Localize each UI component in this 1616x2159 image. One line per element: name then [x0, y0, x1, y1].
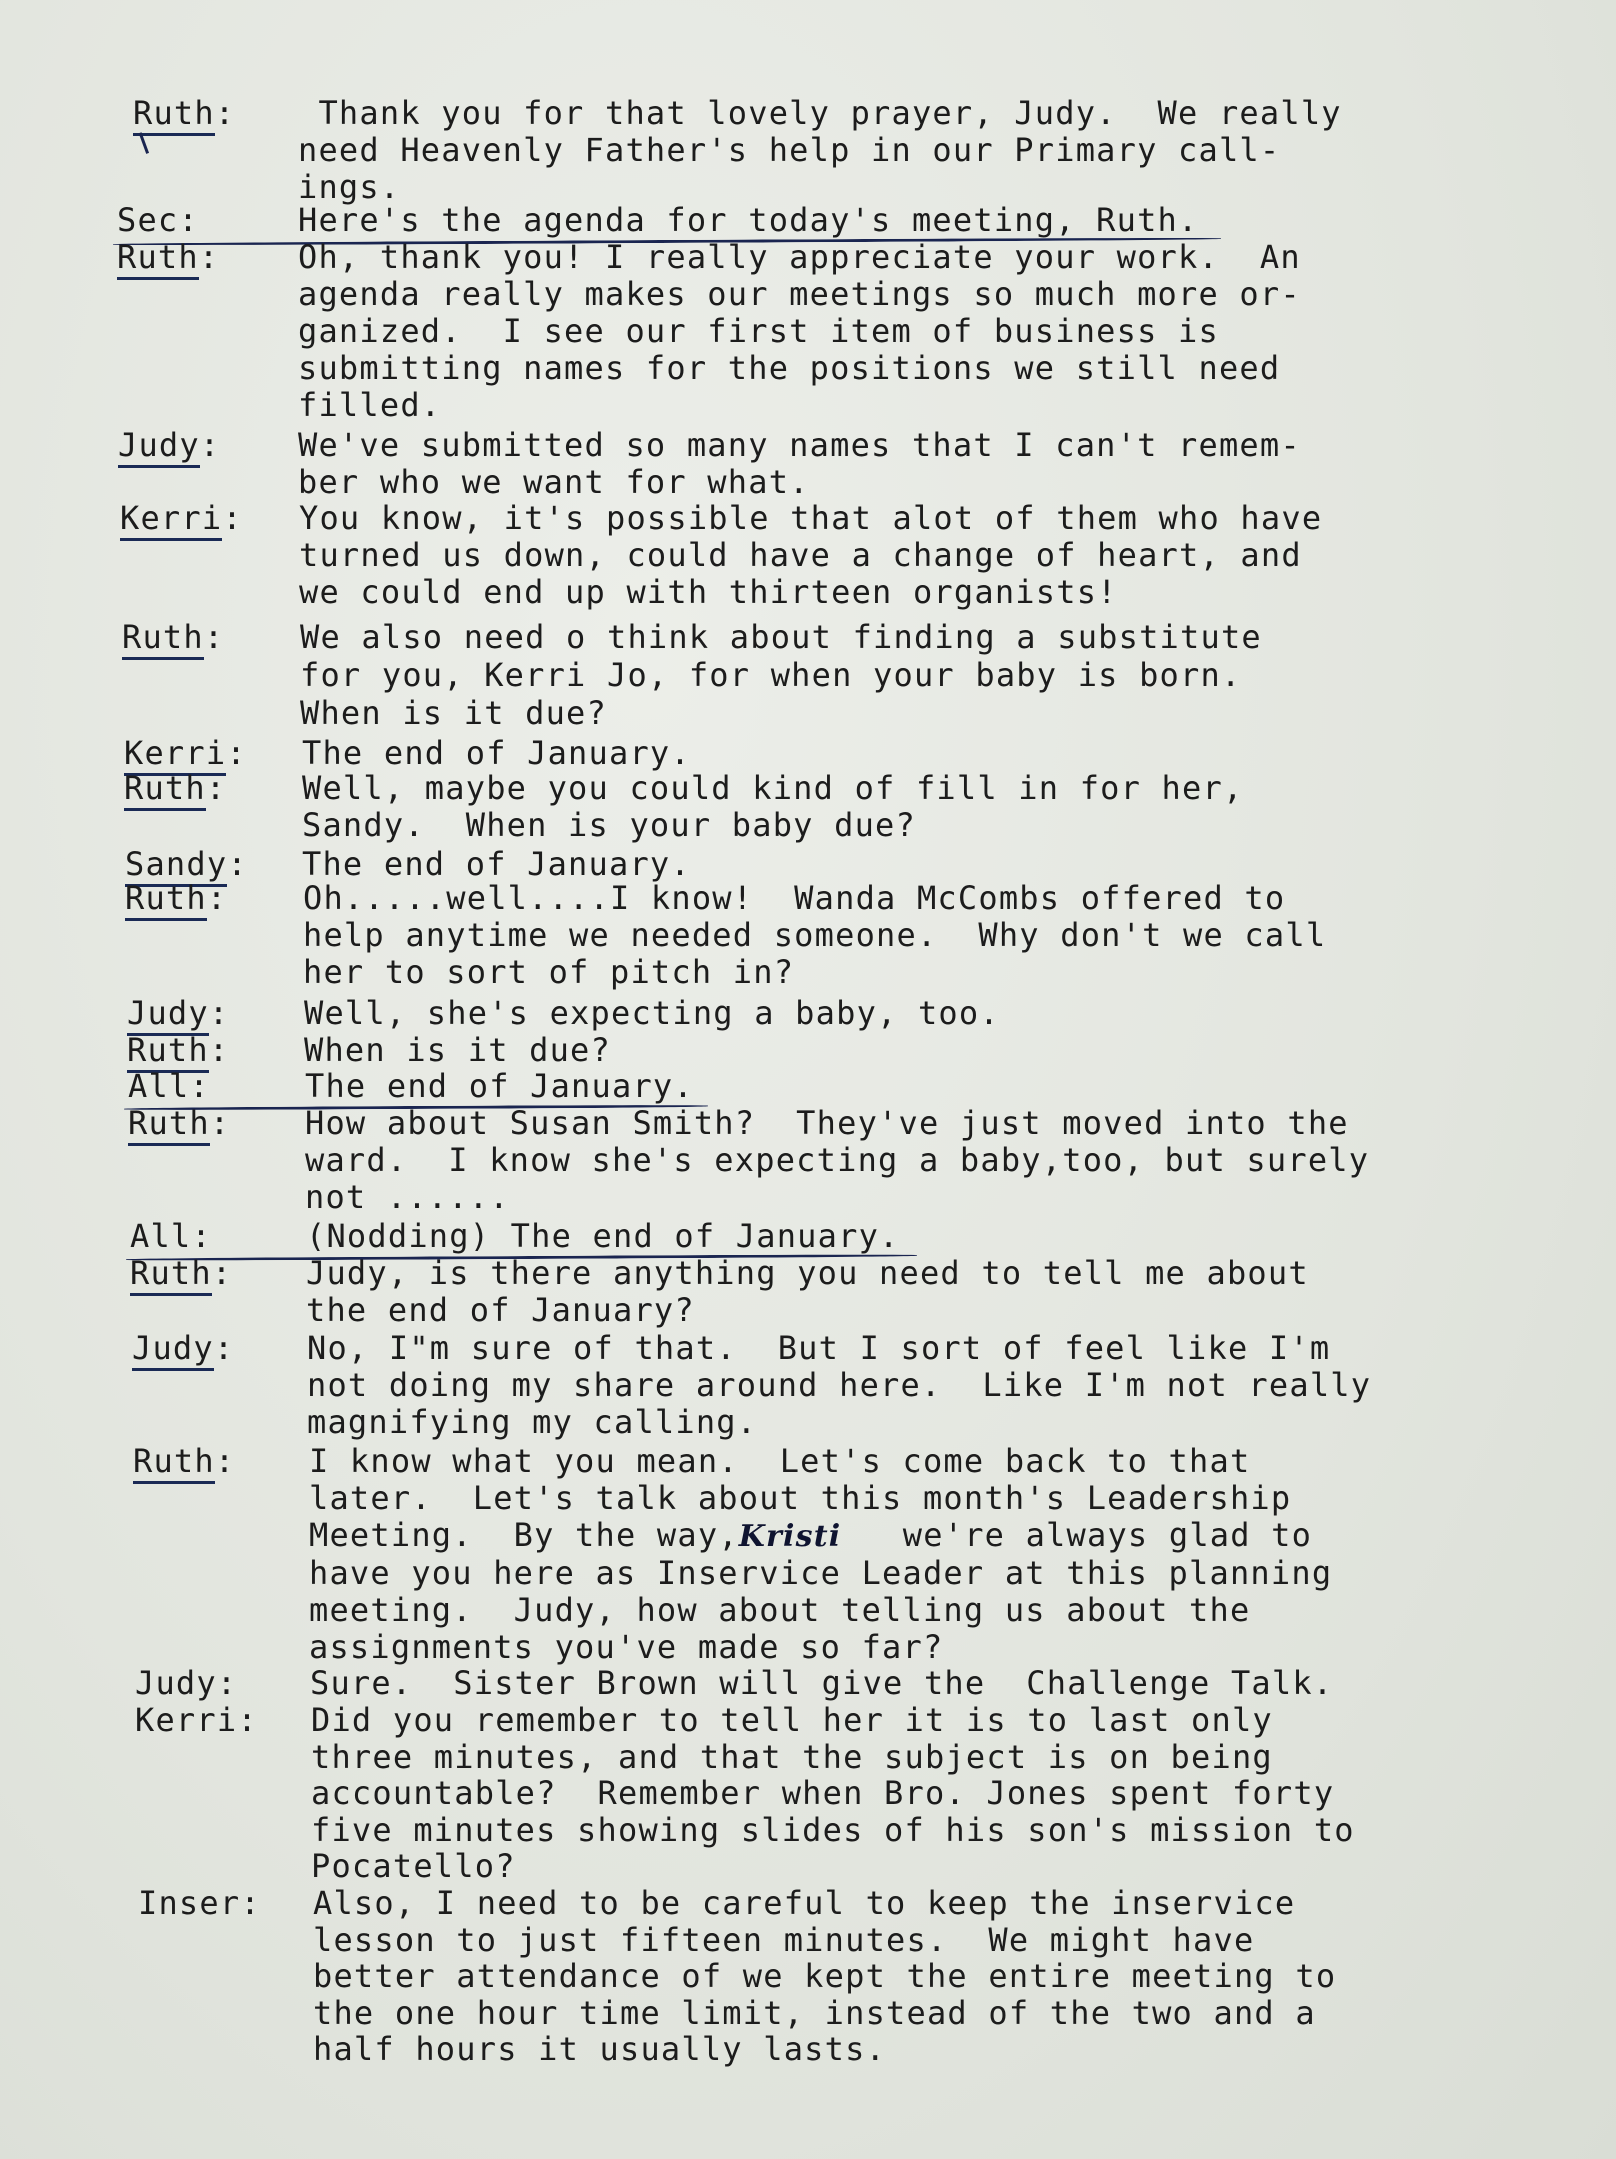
speech-text: We've submitted so many names that I can…: [298, 427, 1301, 501]
speaker-colon: :: [237, 1701, 257, 1739]
speech-line: Well, she's expecting a baby, too.: [304, 995, 1000, 1032]
speaker-colon: :: [209, 994, 229, 1032]
speaker-label: Ruth:: [122, 618, 224, 656]
speech-line: The end of January.: [302, 846, 691, 883]
speech-line: No, I"m sure of that. But I sort of feel…: [307, 1330, 1371, 1367]
speech-text: The end of January.: [302, 735, 691, 772]
speaker-colon: :: [227, 845, 247, 883]
speaker-label: Kerri:: [120, 500, 243, 537]
speech-line: not doing my share around here. Like I'm…: [307, 1367, 1371, 1404]
speech-text: When is it due?: [304, 1032, 611, 1069]
speech-line: Did you remember to tell her it is to la…: [311, 1702, 1355, 1739]
speech-line: help anytime we needed someone. Why don'…: [303, 917, 1326, 954]
handwritten-name: Kristi: [739, 1519, 842, 1554]
speaker-label: Ruth:: [128, 1105, 230, 1142]
speech-line: ber who we want for what.: [298, 464, 1301, 501]
script-page: Ruth: Thank you for that lovely prayer, …: [0, 0, 1616, 2159]
speaker-label: Inser:: [138, 1885, 261, 1922]
speaker-label: All:: [128, 1068, 210, 1105]
speaker-colon: :: [209, 1031, 229, 1069]
speaker-colon: :: [204, 618, 224, 656]
speech-line: not ......: [305, 1179, 1369, 1216]
speaker-colon: :: [214, 1329, 234, 1367]
speech-line: The end of January.: [305, 1068, 694, 1105]
speaker-label: Ruth:: [124, 770, 226, 807]
speech-text: Oh, thank you! I really appreciate your …: [298, 239, 1301, 424]
speech-text: The end of January.: [302, 846, 691, 883]
speaker-label: Judy:: [132, 1330, 234, 1367]
speech-line: accountable? Remember when Bro. Jones sp…: [311, 1775, 1355, 1812]
speech-text: You know, it's possible that alot of the…: [299, 500, 1322, 611]
speech-line: Thank you for that lovely prayer, Judy. …: [298, 95, 1342, 132]
speech-line: When is it due?: [304, 1032, 611, 1069]
speech-line: Sure. Sister Brown will give the Challen…: [310, 1665, 1333, 1702]
speaker-name: Judy: [127, 994, 209, 1036]
speech-line: I know what you mean. Let's come back to…: [309, 1443, 1332, 1480]
speech-line: Here's the agenda for today's meeting, R…: [298, 202, 1199, 239]
speech-text: (Nodding) The end of January.: [306, 1218, 900, 1255]
speech-line: agenda really makes our meetings so much…: [298, 276, 1301, 313]
speech-text: Here's the agenda for today's meeting, R…: [298, 202, 1199, 239]
speech-line: Also, I need to be careful to keep the i…: [313, 1885, 1336, 1922]
speaker-colon: :: [210, 1104, 230, 1142]
speaker-colon: :: [191, 1217, 211, 1255]
speaker-name: Ruth: [122, 618, 204, 660]
speech-line: need Heavenly Father's help in our Prima…: [298, 132, 1342, 169]
speech-line: her to sort of pitch in?: [303, 954, 1326, 991]
speaker-colon: :: [215, 94, 235, 132]
speech-line: meeting. Judy, how about telling us abou…: [309, 1592, 1332, 1629]
speech-text: Did you remember to tell her it is to la…: [311, 1702, 1355, 1885]
speaker-name: Ruth: [130, 1254, 212, 1296]
speaker-name: Inser: [138, 1884, 240, 1922]
speaker-label: Ruth:: [133, 95, 235, 132]
speech-line: later. Let's talk about this month's Lea…: [309, 1480, 1332, 1517]
speech-line: magnifying my calling.: [307, 1404, 1371, 1441]
speaker-name: Kerri: [135, 1701, 237, 1739]
speaker-name: Judy: [118, 426, 200, 468]
speaker-name: All: [130, 1217, 191, 1255]
speaker-label: Ruth:: [133, 1443, 235, 1480]
speaker-label: Sandy:: [125, 846, 248, 883]
speaker-name: Ruth: [124, 769, 206, 811]
speaker-name: Ruth: [128, 1104, 210, 1146]
speech-line: have you here as Inservice Leader at thi…: [309, 1555, 1332, 1592]
speaker-colon: :: [240, 1884, 260, 1922]
speech-line: half hours it usually lasts.: [313, 2031, 1336, 2068]
speech-line: Sandy. When is your baby due?: [302, 807, 1243, 844]
speaker-label: Judy:: [127, 995, 229, 1032]
speaker-colon: :: [199, 238, 219, 276]
speaker-label: Ruth:: [130, 1255, 232, 1292]
speaker-label: Ruth:: [117, 239, 219, 276]
speaker-name: Ruth: [133, 1442, 215, 1484]
speech-line: the one hour time limit, instead of the …: [313, 1995, 1336, 2032]
speaker-label: Judy:: [118, 427, 220, 464]
speaker-label: Ruth:: [125, 880, 227, 917]
speech-line: Well, maybe you could kind of fill in fo…: [302, 770, 1243, 807]
speech-line: How about Susan Smith? They've just move…: [305, 1105, 1369, 1142]
speech-line: submitting names for the positions we st…: [298, 350, 1301, 387]
speaker-colon: :: [178, 201, 198, 239]
speaker-label: Kerri:: [124, 735, 247, 772]
speech-line: ganized. I see our first item of busines…: [298, 313, 1301, 350]
speaker-colon: :: [226, 734, 246, 772]
speaker-name: Ruth: [117, 238, 199, 280]
speech-line: ward. I know she's expecting a baby,too,…: [305, 1142, 1369, 1179]
speaker-colon: :: [206, 769, 226, 807]
speech-line: turned us down, could have a change of h…: [299, 537, 1322, 574]
speech-line: Oh, thank you! I really appreciate your …: [298, 239, 1301, 276]
speech-line: We also need o think about finding a sub…: [300, 618, 1262, 656]
speech-text: Oh.....well....I know! Wanda McCombs off…: [303, 880, 1326, 991]
speech-text: We also need o think about finding a sub…: [300, 618, 1262, 732]
speaker-name: All: [128, 1067, 189, 1105]
speaker-name: Sec: [117, 201, 178, 239]
speaker-label: Ruth:: [127, 1032, 229, 1069]
speech-line: (Nodding) The end of January.: [306, 1218, 900, 1255]
speech-line: Judy, is there anything you need to tell…: [306, 1255, 1309, 1292]
speaker-name: Judy: [132, 1329, 214, 1371]
speech-line: five minutes showing slides of his son's…: [311, 1812, 1355, 1849]
speaker-label: All:: [130, 1218, 212, 1255]
speech-line: You know, it's possible that alot of the…: [299, 500, 1322, 537]
speech-line: Pocatello?: [311, 1848, 1355, 1885]
speech-text: Thank you for that lovely prayer, Judy. …: [298, 95, 1342, 206]
speech-text: Judy, is there anything you need to tell…: [306, 1255, 1309, 1329]
speech-line: Oh.....well....I know! Wanda McCombs off…: [303, 880, 1326, 917]
speech-text: I know what you mean. Let's come back to…: [309, 1443, 1332, 1666]
speaker-colon: :: [189, 1067, 209, 1105]
speech-line: we could end up with thirteen organists!: [299, 574, 1322, 611]
speaker-label: Sec:: [117, 202, 199, 239]
speaker-colon: :: [200, 426, 220, 464]
speaker-colon: :: [222, 499, 242, 537]
speech-text: Well, maybe you could kind of fill in fo…: [302, 770, 1243, 844]
speaker-name: Judy: [135, 1664, 217, 1702]
speech-line: filled.: [298, 387, 1301, 424]
speech-text: The end of January.: [305, 1068, 694, 1105]
speech-line: for you, Kerri Jo, for when your baby is…: [300, 656, 1262, 694]
speech-line: We've submitted so many names that I can…: [298, 427, 1301, 464]
speech-line: assignments you've made so far?: [309, 1629, 1332, 1666]
speech-text: Well, she's expecting a baby, too.: [304, 995, 1000, 1032]
speaker-name: Kerri: [120, 499, 222, 541]
speech-text: Sure. Sister Brown will give the Challen…: [310, 1665, 1333, 1702]
speech-text: No, I"m sure of that. But I sort of feel…: [307, 1330, 1371, 1441]
speech-line: better attendance of we kept the entire …: [313, 1958, 1336, 1995]
speaker-colon: :: [215, 1442, 235, 1480]
speech-text: How about Susan Smith? They've just move…: [305, 1105, 1369, 1216]
speaker-colon: :: [217, 1664, 237, 1702]
speech-line: the end of January?: [306, 1292, 1309, 1329]
speaker-label: Kerri:: [135, 1702, 258, 1739]
speech-line: lesson to just fifteen minutes. We might…: [313, 1922, 1336, 1959]
speech-line: three minutes, and that the subject is o…: [311, 1739, 1355, 1776]
speech-text: Also, I need to be careful to keep the i…: [313, 1885, 1336, 2068]
speech-line: When is it due?: [300, 694, 1262, 732]
speaker-label: Judy:: [135, 1665, 237, 1702]
speaker-colon: :: [207, 879, 227, 917]
speech-line: The end of January.: [302, 735, 691, 772]
speaker-name: Ruth: [125, 879, 207, 921]
speaker-colon: :: [212, 1254, 232, 1292]
speech-line: Meeting. By the way,Kristi we're always …: [309, 1517, 1332, 1555]
